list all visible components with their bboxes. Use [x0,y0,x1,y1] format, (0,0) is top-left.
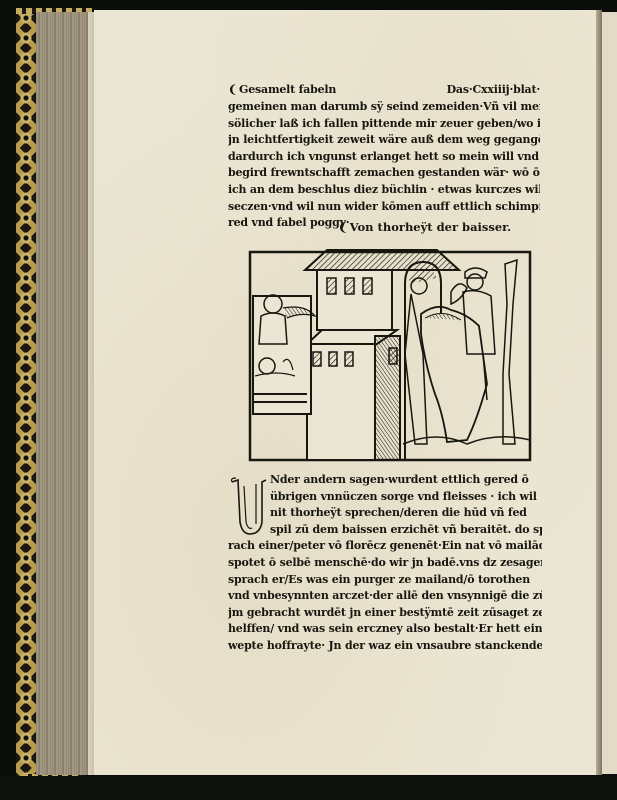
text-line: helffen/ vnd was sein erczney also besta… [228,621,542,638]
text-line: rach einer/peter vō florēcz genenēt·Ein … [228,538,542,555]
text-line: übrigen vnnüczen sorge vnd fleisses · ic… [228,489,542,506]
text-line: nit thorheÿt sprechen/deren die hūd vñ f… [228,505,542,522]
running-head: ❨Gesamelt fabeln Das·Cxxiiij·blat· [228,82,540,99]
text-line: gemeinen man darumb sÿ seind zemeiden·Vñ… [228,99,540,116]
text-line: dardurch ich vngunst erlanget hett so me… [228,149,540,166]
text-line: seczen·vnd wil nun wider kōmen auff ettl… [228,199,540,216]
facing-page-edge [602,12,617,774]
page-stack-edges [36,12,94,775]
text-line: Nder andern sagen·wurdent ettlich gered … [228,472,542,489]
paragraph-mark-icon: ❨ [338,220,348,234]
text-line: ich an dem beschlus diez büchlin · etwas… [228,182,540,199]
running-head-left: ❨Gesamelt fabeln [228,82,336,99]
text-line: jn leichtfertigkeit zeweit wäre auß dem … [228,132,540,149]
text-line: sölicher laß ich fallen pittende mir zeu… [228,116,540,133]
text-line: wepte hoffrayte· Jn der waz ein vnsaubre… [228,638,542,655]
lower-text-block: Nder andern sagen·wurdent ettlich gered … [228,472,542,655]
upper-text-block: ❨Gesamelt fabeln Das·Cxxiiij·blat· gemei… [228,82,540,232]
bottom-shadow [0,776,617,800]
woodcut-illustration [247,244,533,462]
folio-number: Das·Cxxiiij·blat· [447,82,540,99]
gilt-spine-border [16,8,36,778]
text-line: jm gebracht wurdēt jn einer bestÿmtē zei… [228,605,542,622]
section-heading: ❨Von thorheÿt der baisser. [338,220,511,234]
text-line: spil zū dem baissen erzichēt vñ beraitēt… [228,522,542,539]
text-line: spotet ō selbē menschē·do wir jn badē.vn… [228,555,542,572]
text-line: vnd vnbesynnten arczet·der allē den vnsy… [228,588,542,605]
text-line: sprach er/Es was ein purger ze mailand/ō… [228,572,542,589]
book-scan: ❨Gesamelt fabeln Das·Cxxiiij·blat· gemei… [0,0,617,800]
text-line: begird frewntschafft zemachen gestanden … [228,165,540,182]
paragraph-mark-icon: ❨ [228,83,237,96]
